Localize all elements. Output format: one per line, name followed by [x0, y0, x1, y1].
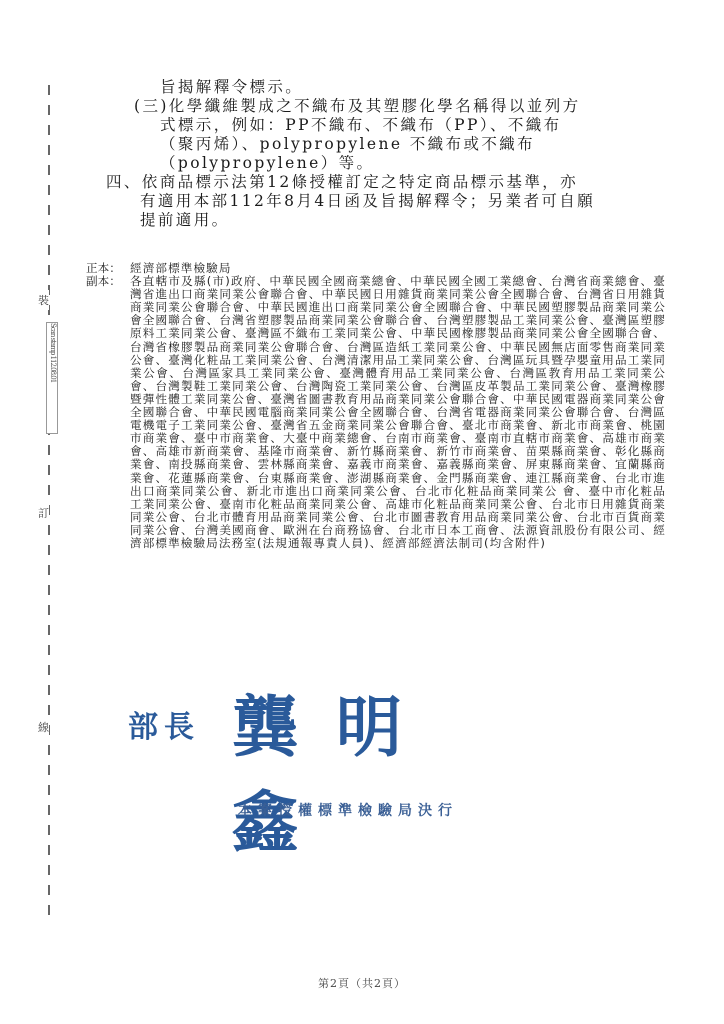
body-line: 四、依商品標示法第12條授權訂定之特定商品標示基準，亦 — [106, 173, 660, 192]
body-line: 提前適用。 — [106, 211, 660, 230]
body-paragraphs: 旨揭解釋令標示。 (三)化學纖維製成之不織布及其塑膠化學名稱得以並列方 式標示，… — [106, 78, 660, 230]
page-number: 第2頁（共2頁） — [318, 975, 406, 991]
minister-name: 龔明鑫 — [232, 674, 540, 864]
body-line: 式標示，例如：PP不織布、不織布（PP）、不織布 — [106, 116, 660, 135]
minister-seal: 部長 龔明鑫 — [120, 670, 540, 780]
scan-stamp: Scan stamp 112.08.01 — [46, 322, 58, 434]
body-line: （polypropylene）等。 — [106, 154, 660, 173]
distribution-list: 正本： 經濟部標準檢驗局 副本： 各直轄市及縣(市)政府、中華民國全國商業總會、… — [86, 262, 666, 550]
body-line: 旨揭解釋令標示。 — [106, 78, 660, 97]
body-line: 有適用本部112年8月4日函及旨揭解釋令；另業者可自願 — [106, 192, 660, 211]
binding-label-xian: 線 — [38, 717, 49, 737]
body-line: （聚丙烯）、polypropylene 不織布或不織布 — [106, 135, 660, 154]
copy-label: 副本： — [86, 275, 130, 550]
delegation-stamp: 本案授權標準檢驗局決行 — [238, 800, 458, 820]
copy-value: 各直轄市及縣(市)政府、中華民國全國商業總會、中華民國全國工業總會、台灣省商業總… — [130, 275, 666, 550]
binding-label-zhuang: 裝 — [38, 290, 49, 310]
copy-recipients: 副本： 各直轄市及縣(市)政府、中華民國全國商業總會、中華民國全國工業總會、台灣… — [86, 275, 666, 550]
body-line: (三)化學纖維製成之不織布及其塑膠化學名稱得以並列方 — [106, 97, 660, 116]
minister-title: 部長 — [128, 702, 200, 746]
binding-label-ding: 訂 — [38, 503, 49, 523]
